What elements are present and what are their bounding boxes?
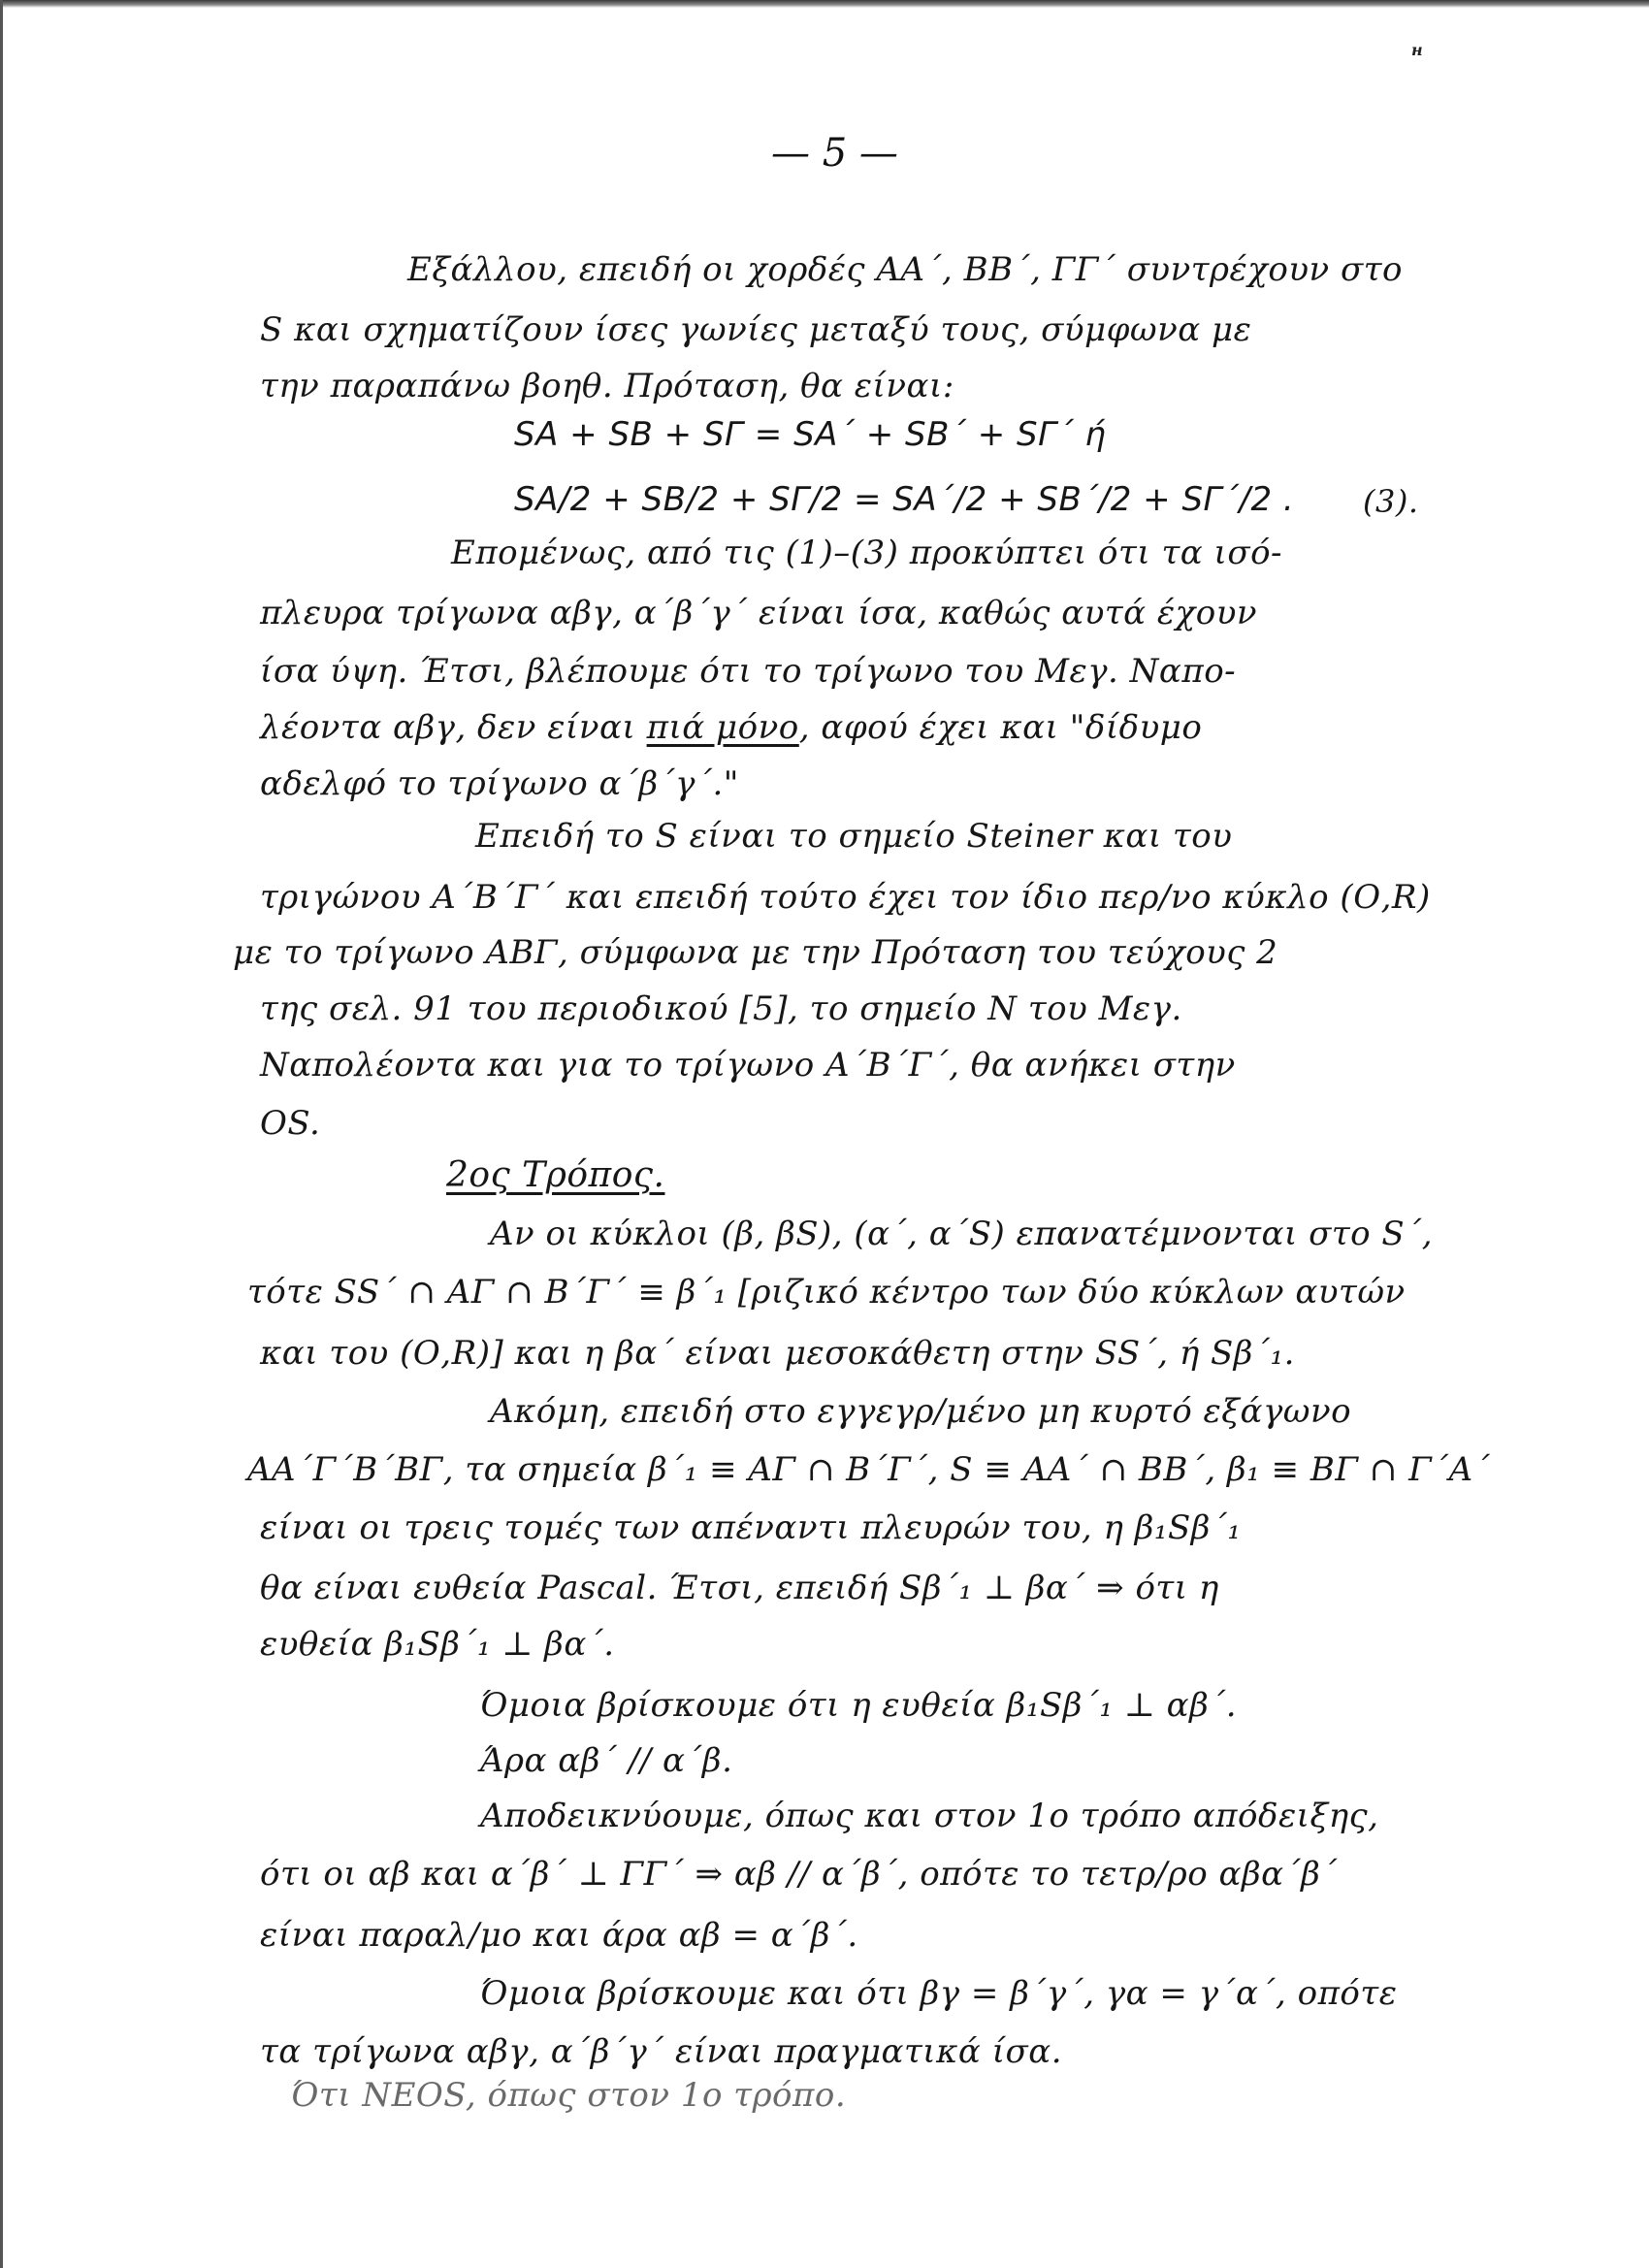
paragraph-5-line-5: ευθεία β₁Sβ΄₁ ⊥ βα΄. (260, 1625, 615, 1664)
equation-label: (3). (1363, 482, 1419, 521)
underlined-phrase: πιά μόνο (647, 708, 799, 747)
paragraph-1-line-1: Εξάλλου, επειδή οι χορδές ΑΑ΄, ΒΒ΄, ΓΓ΄ … (407, 250, 1403, 289)
paragraph-2-line-1: Επομένως, από τις (1)–(3) προκύπτει ότι … (451, 534, 1282, 572)
paragraph-4-line-2: τότε SS΄ ∩ ΑΓ ∩ Β΄Γ΄ ≡ β΄₁ [ριζικό κέντρ… (247, 1273, 1406, 1312)
scan-left-edge (0, 0, 3, 2268)
equation-line-1: SA + SB + SΓ = SA΄ + SB΄ + SΓ΄ ή (514, 415, 1106, 454)
paragraph-4-line-3: και του (Ο,R)] και η βα΄ είναι μεσοκάθετ… (260, 1334, 1295, 1373)
paragraph-2-line-4-start: λέοντα αβγ, δεν είναι (260, 708, 647, 747)
paragraph-3-line-4: της σελ. 91 του περιοδικού [5], το σημεί… (260, 989, 1182, 1028)
paragraph-5-line-3: είναι οι τρεις τομές των απέναντι πλευρώ… (260, 1508, 1242, 1547)
paragraph-8-line-2: τα τρίγωνα αβγ, α΄β΄γ΄ είναι πραγματικά … (260, 2032, 1062, 2071)
section-heading: 2ος Τρόπος. (446, 1156, 664, 1195)
paragraph-8-line-1: Όμοια βρίσκουμε και ότι βγ = β΄γ΄, γα = … (480, 1974, 1397, 2013)
paragraph-6-line-2: Άρα αβ΄ // α΄β. (480, 1741, 732, 1780)
paragraph-2-line-3: ίσα ύψη. Έτσι, βλέπουμε ότι το τρίγωνο τ… (260, 652, 1236, 691)
paragraph-1-line-2: S και σχηματίζουν ίσες γωνίες μεταξύ του… (260, 310, 1251, 349)
paragraph-6-line-1: Όμοια βρίσκουμε ότι η ευθεία β₁Sβ΄₁ ⊥ αβ… (480, 1686, 1237, 1725)
paragraph-2-line-4-end: , αφού έχει και "δίδυμο (799, 708, 1203, 747)
paragraph-1-line-3: την παραπάνω βοηθ. Πρόταση, θα είναι: (260, 367, 954, 405)
paragraph-4-line-1: Αν οι κύκλοι (β, βS), (α΄, α΄S) επανατέμ… (490, 1215, 1433, 1253)
paragraph-3-line-6: ΟS. (260, 1104, 320, 1143)
paragraph-7-line-3: είναι παραλ/μο και άρα αβ = α΄β΄. (260, 1916, 858, 1955)
pencil-note: Ότι ΝΕΟS, όπως στον 1ο τρόπο. (291, 2076, 846, 2115)
paragraph-3-line-2: τριγώνου Α΄Β΄Γ΄ και επειδή τούτο έχει το… (260, 878, 1431, 917)
paragraph-3-line-3: με το τρίγωνο ΑΒΓ, σύμφωνα με την Πρότασ… (233, 933, 1277, 972)
paragraph-2-line-5: αδελφό το τρίγωνο α΄β΄γ΄." (260, 764, 739, 803)
paragraph-3-line-5: Ναπολέοντα και για το τρίγωνο Α΄Β΄Γ΄, θα… (260, 1046, 1236, 1085)
paragraph-5-line-2: ΑΑ΄Γ΄Β΄ΒΓ, τα σημεία β΄₁ ≡ ΑΓ ∩ Β΄Γ΄, S … (247, 1450, 1490, 1489)
scan-top-edge (0, 0, 1649, 8)
page-number: — 5 — (771, 131, 898, 176)
equation-line-2: SA/2 + SB/2 + SΓ/2 = SA΄/2 + SB΄/2 + SΓ΄… (514, 480, 1294, 519)
paragraph-7-line-1: Αποδεικνύουμε, όπως και στον 1ο τρόπο απ… (480, 1797, 1378, 1835)
paragraph-2-line-4: λέοντα αβγ, δεν είναι πιά μόνο, αφού έχε… (260, 708, 1202, 747)
paragraph-7-line-2: ότι οι αβ και α΄β΄ ⊥ ΓΓ΄ ⇒ αβ // α΄β΄, ο… (260, 1855, 1338, 1894)
paragraph-2-line-2: πλευρα τρίγωνα αβγ, α΄β΄γ΄ είναι ίσα, κα… (260, 594, 1257, 632)
paragraph-5-line-4: θα είναι ευθεία Pascal. Έτσι, επειδή Sβ΄… (260, 1569, 1219, 1607)
corner-mark: н (1411, 41, 1423, 59)
paragraph-5-line-1: Ακόμη, επειδή στο εγγεγρ/μένο μη κυρτό ε… (490, 1392, 1351, 1431)
paragraph-3-line-1: Επειδή το S είναι το σημείο Steiner και … (475, 817, 1232, 856)
